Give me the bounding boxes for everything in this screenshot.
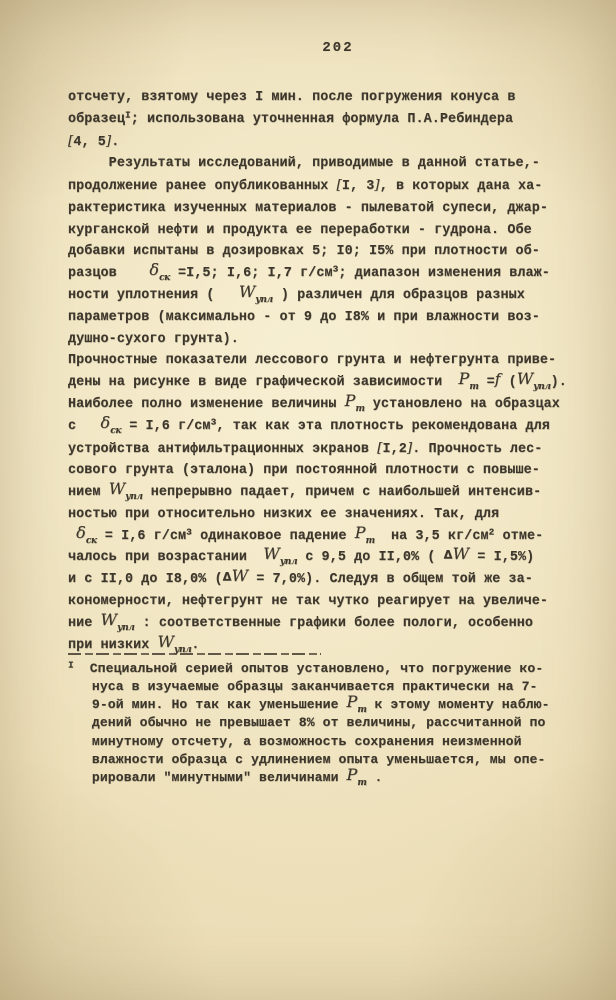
text-line: и с II,0 до I8,0% (ΔW = 7,0%). Следуя в … bbox=[68, 569, 568, 591]
footnote-line: 9-ой мин. Но так как уменьшение Pm к это… bbox=[68, 696, 573, 714]
text-line: отсчету, взятому через I мин. после погр… bbox=[68, 87, 568, 109]
text-line: [4, 5]. bbox=[68, 131, 568, 154]
text-line: продолжение ранее опубликованных [I, 3],… bbox=[68, 175, 568, 198]
text-line: Прочностные показатели лессового грунта … bbox=[68, 350, 568, 372]
text-line: кономерности, нефтегрунт не так чутко ре… bbox=[68, 591, 568, 613]
text-line: δск = I,6 г/см3 одинаковое падение Pm на… bbox=[68, 526, 568, 548]
footnote-divider bbox=[68, 653, 321, 655]
footnote-line: I Специальной серией опытов установлено,… bbox=[68, 660, 573, 678]
text-line: рактеристика изученных материалов - пыле… bbox=[68, 198, 568, 220]
footnote-block: I Специальной серией опытов установлено,… bbox=[68, 660, 573, 787]
text-line: нием Wупл непрерывно падает, причем с на… bbox=[68, 482, 568, 504]
footnote-line: минутному отсчету, а возможность сохране… bbox=[68, 733, 573, 751]
text-line: сового грунта (эталона) при постоянной п… bbox=[68, 460, 568, 482]
text-line: ностью при относительно низких ее значен… bbox=[68, 504, 568, 526]
text-line: чалось при возрастании Wупл с 9,5 до II,… bbox=[68, 547, 568, 569]
text-line: ние Wупл : соответственные графики более… bbox=[68, 613, 568, 635]
text-line: Наиболее полно изменение величины Pm уст… bbox=[68, 394, 568, 416]
text-line: душно-сухого грунта). bbox=[68, 329, 568, 351]
delta-increment-symbol: Δ bbox=[223, 570, 232, 584]
footnote-line: дений обычно не превышает 8% от величины… bbox=[68, 714, 573, 732]
text-line: разцов δск =I,5; I,6; I,7 г/см3; диапазо… bbox=[68, 263, 568, 285]
text-line: курганской нефти и продукта ее переработ… bbox=[68, 220, 568, 242]
footnote-line: влажности образца с удлинением опыта уме… bbox=[68, 751, 573, 769]
text-line: с δск = I,6 г/см3, так как эта плотность… bbox=[68, 416, 568, 438]
footnote-line: нуса в изучаемые образцы заканчивается п… bbox=[68, 678, 573, 696]
text-line: Результаты исследований, приводимые в да… bbox=[68, 153, 568, 175]
text-line: параметров (максимально - от 9 до I8% и … bbox=[68, 307, 568, 329]
text-line: добавки испытаны в дозировках 5; I0; I5%… bbox=[68, 241, 568, 263]
footnote-line: рировали "минутными" величинами Pm . bbox=[68, 769, 573, 787]
delta-increment-symbol: Δ bbox=[444, 548, 453, 562]
text-line: образецI; использована уточненная формул… bbox=[68, 109, 568, 131]
text-line: дены на рисунке в виде графической завис… bbox=[68, 372, 568, 394]
text-line: ности уплотнения ( Wупл ) различен для о… bbox=[68, 285, 568, 307]
scanned-page: 202 отсчету, взятому через I мин. после … bbox=[0, 0, 616, 1000]
text-line: устройства антифильтрационных экранов [I… bbox=[68, 438, 568, 461]
main-text-block: отсчету, взятому через I мин. после погр… bbox=[68, 87, 568, 656]
page-number: 202 bbox=[68, 40, 608, 56]
